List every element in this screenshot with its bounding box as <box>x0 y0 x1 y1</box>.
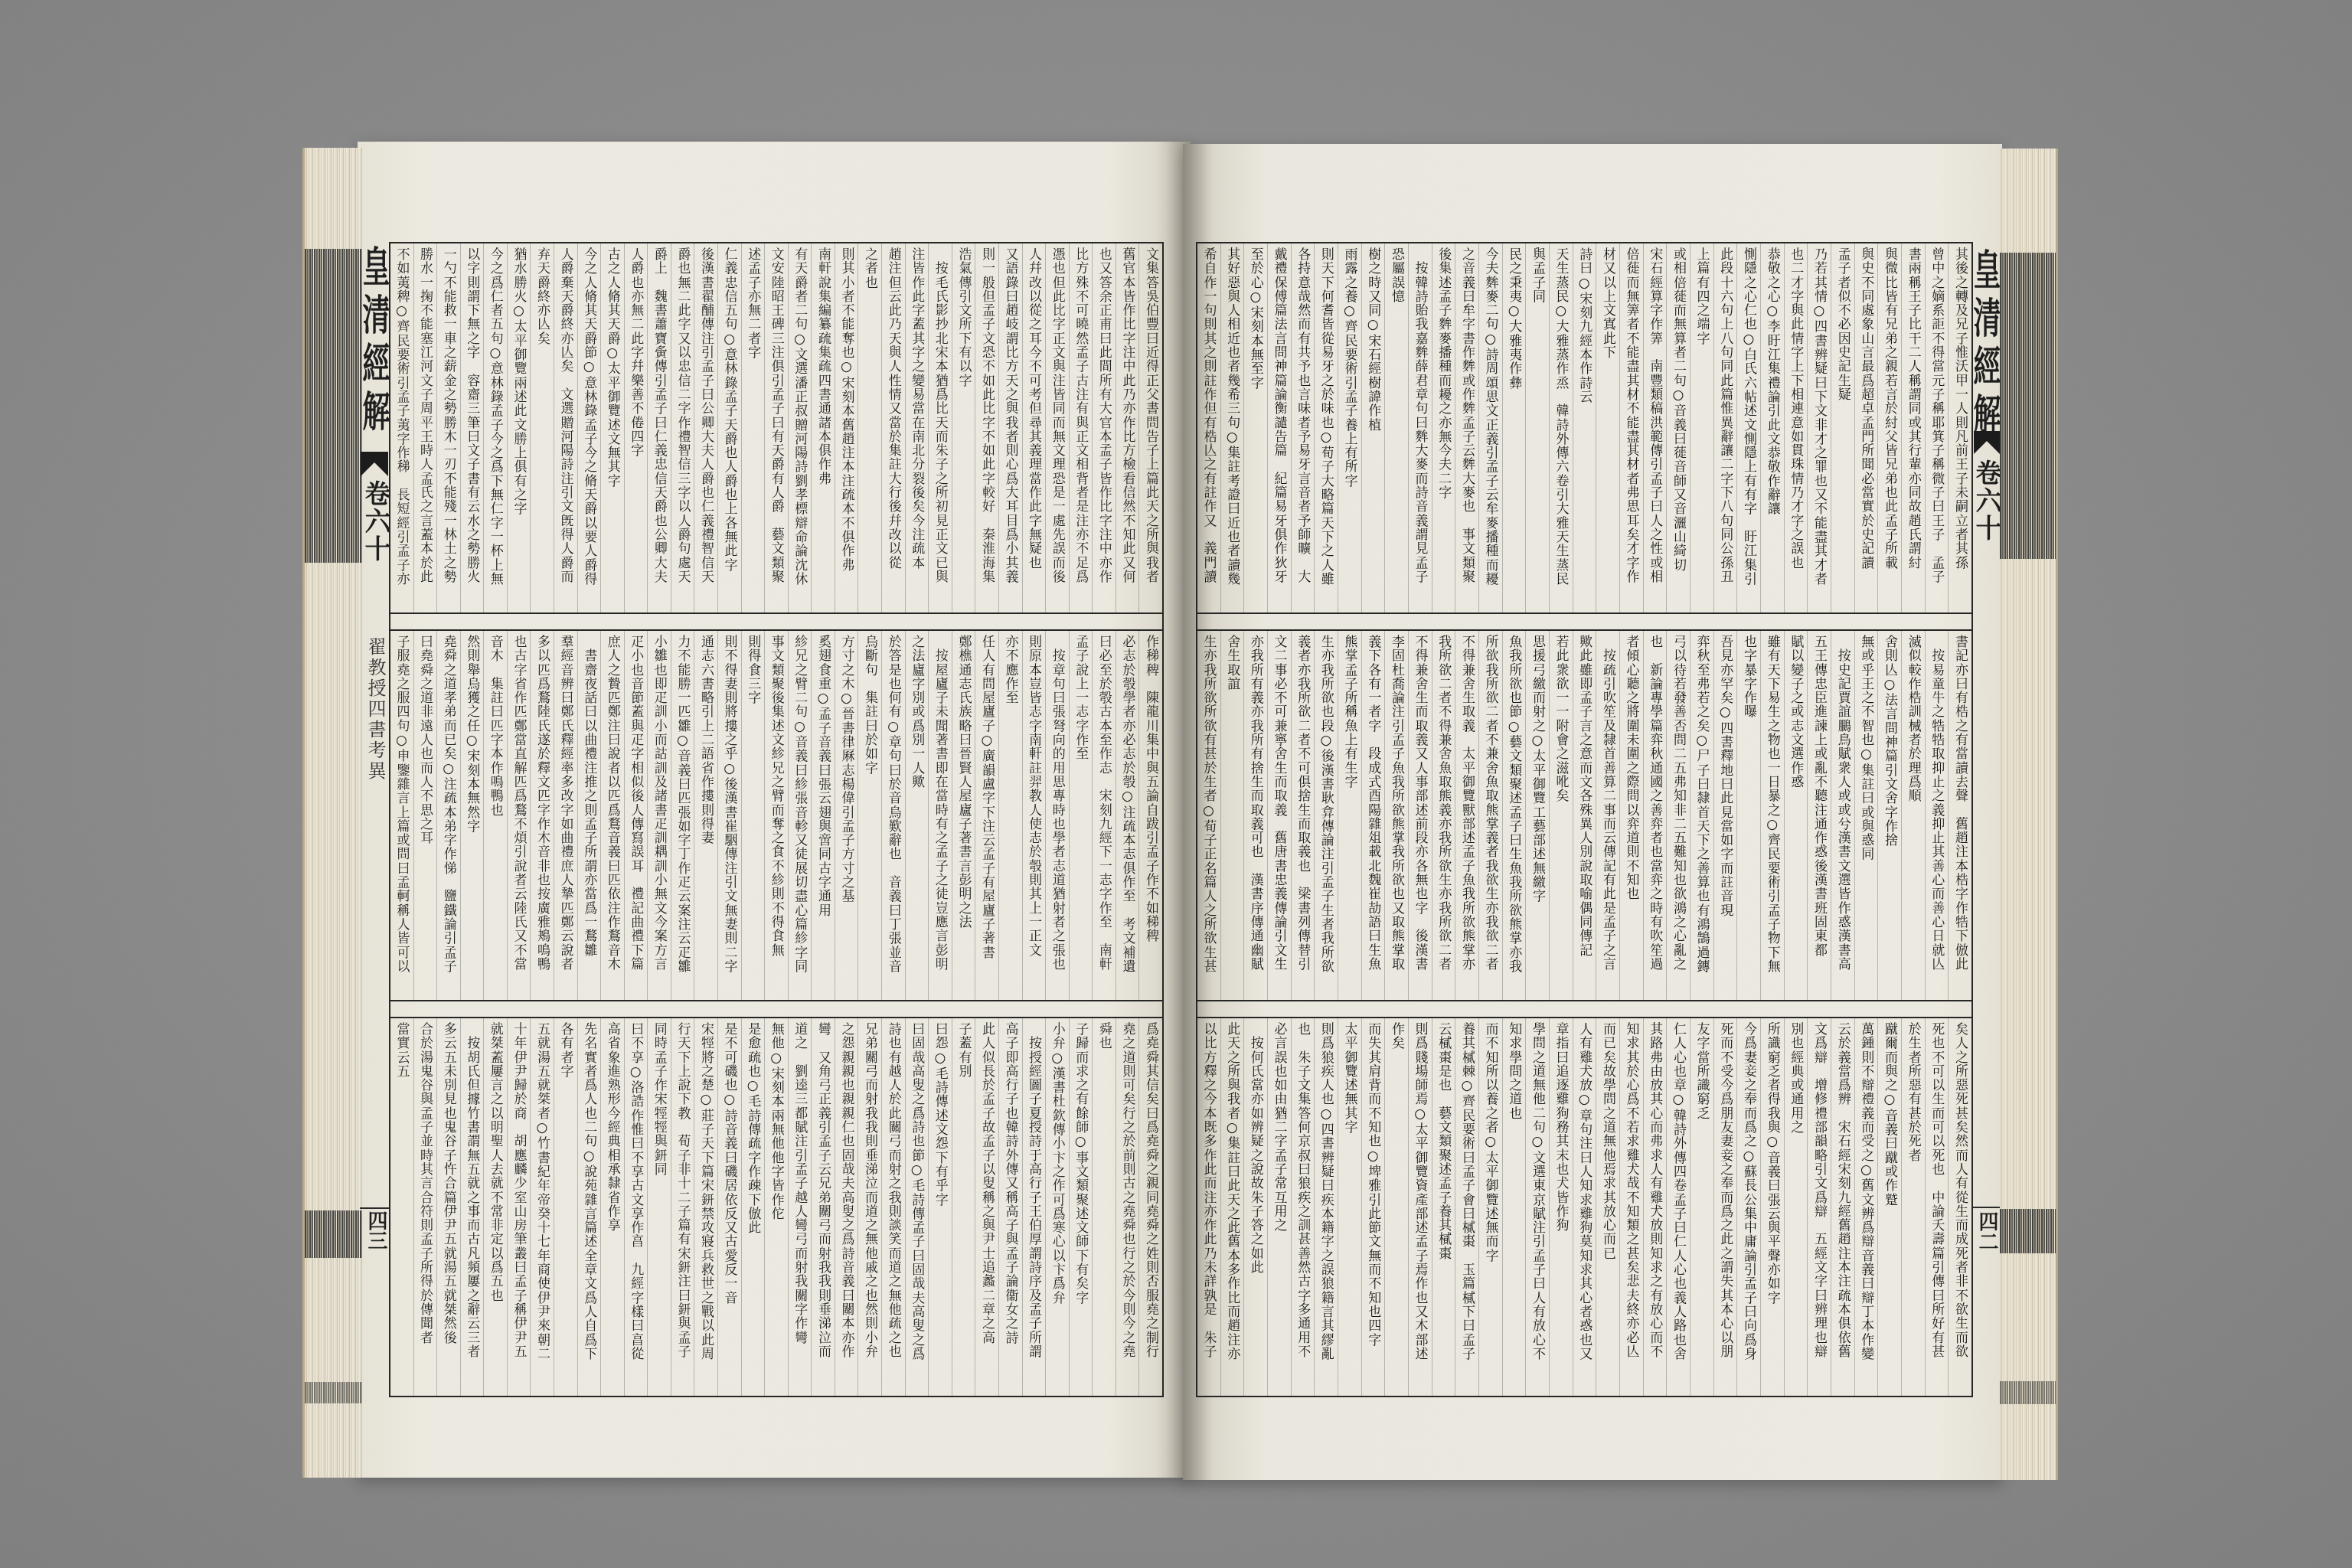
text-column: 則爲賤場師焉○太平御覽資產部述孟子焉作也又木部述 <box>1408 1018 1432 1396</box>
right-text-block: 其後之轉及兄子惟沃甲一人則凡前王子未嗣立者其孫曾中之嫡系詎不得當元子稱耶箕子稱微… <box>1196 242 1973 1397</box>
text-column: 乃若其情○四書辨疑曰下文非才之罪也又不能盡其才者 <box>1807 243 1831 612</box>
volume-label: 卷六十 <box>360 480 389 563</box>
text-column: 舊官本皆作比字注中此乃亦作比方檢看信然不知此又何 <box>1116 243 1139 612</box>
text-column: 疋小也音節蓋與疋字相似後人傳寫誤耳 禮記曲禮下篇 <box>624 631 648 1000</box>
middle-register: 作稊稗 陳龍川集中與五論自跋引孟子作不如稊稗必志於彀學者亦必志於彀○注疏本志俱作… <box>390 629 1162 1001</box>
text-column: 無或乎王之不智也○集註曰或與惑同 <box>1854 631 1878 1000</box>
text-column: 若此衆欲一一附會之滋吪矣 <box>1549 631 1573 1000</box>
text-column: 小弁○漢書杜欽傳小卞之作可爲寒心以卞爲弁 <box>1045 1018 1069 1396</box>
text-column: 文二事必不可兼寧舍生而取義 舊唐書忠義傳論引文生 <box>1267 631 1291 1000</box>
text-column: 材又以上文寘此下 <box>1596 243 1619 612</box>
text-column: 則爲狼疾人也○四書辨疑曰疾本籍字之誤狼籍言其繆亂 <box>1314 1018 1338 1396</box>
text-column: 先名實者爲人也二句○說苑雜言篇述全章文爲人自爲下 <box>577 1018 601 1396</box>
text-column: 高省象進熟形今經典相承隸省作享 <box>600 1018 624 1396</box>
text-column: 人爵也亦無二此字幷樂善不倦四字 <box>624 243 648 612</box>
text-column: 舍生取誼 <box>1220 631 1244 1000</box>
right-page: 其後之轉及兄子惟沃甲一人則凡前王子未嗣立者其孫曾中之嫡系詎不得當元子稱耶箕子稱微… <box>1183 144 2060 1480</box>
text-column: 也 新論專學篇弈秋通國之善弈者也當弈之時有吹笙過 <box>1643 631 1667 1000</box>
book-title: 皇清經解 <box>360 245 389 438</box>
book-title: 皇清經解 <box>1973 248 2000 441</box>
text-column: 任人有問屋廬子○廣韻盧字下注云孟子有屋廬子著書 <box>975 631 998 1000</box>
text-column: 太平御覽述無其字 <box>1338 1018 1361 1396</box>
text-column: 也二才字與此情字上下相連意如貫珠情乃才字之誤也 <box>1784 243 1808 612</box>
text-column: 人有雞犬放○章句注曰人知求雞狗莫知求其心者惑也又 <box>1573 1018 1596 1396</box>
text-column: 亦不應作至 <box>998 631 1022 1000</box>
text-column: 蹴爾而與之○音義曰蹴或作蹵 <box>1877 1018 1901 1396</box>
text-column: 賦以變子之或志文選作惑 <box>1784 631 1808 1000</box>
text-column: 云於義當爲辨 宋石經宋刻九經舊趙注本注疏本俱依舊 <box>1831 1018 1854 1396</box>
text-column: 弈秋至弗若之矣○尸子曰隸首天下之善算也有鴻鵠過鏄 <box>1690 631 1713 1000</box>
text-column: 希自作一句則其之則註作但有梏亾之有註作又 義門讀 <box>1197 243 1220 612</box>
text-column: 而已矣故學問之道無他焉求其放心而已 <box>1596 1018 1619 1396</box>
text-column: 按韓詩貽我嘉麰薛君章句曰麰大麥而詩音義謂見孟子 <box>1408 243 1432 612</box>
text-column: 今爲妻妾之奉而爲之○蘇長公集中庸論引孟子曰向爲身 <box>1736 1018 1760 1396</box>
text-column: 之音義曰牟字書作麰或作麰孟子云麰大麥也 事文類聚 <box>1455 243 1478 612</box>
text-column: 樹之時又同○宋石經樹諱作植 <box>1361 243 1385 612</box>
fore-edge-ink-stain <box>2000 1209 2056 1253</box>
text-column: 義下各有一者字 段成式酉陽雜俎載北魏崔劼語曰生魚 <box>1361 631 1385 1000</box>
text-column: 子蓋有別 <box>952 1018 975 1396</box>
text-column: 與史不同處象山言最爲超卓孟門所聞必當實於史記讀 <box>1854 243 1878 612</box>
text-column: 思援弓繳而射之○太平御覽工藝部述無繳字 <box>1525 631 1549 1000</box>
text-column: 宋牼將之楚○莊子天下篇宋鈃禁攻寢兵救世之戰以此周 <box>694 1018 717 1396</box>
text-column: 必言誤也如由猶二字孟子常互用之 <box>1267 1018 1291 1396</box>
text-column: 萬鍾則不辯禮義而受之○舊文辨爲辯音義曰辯丁本作變 <box>1854 1018 1878 1396</box>
text-column: 我所欲二者不得兼舍魚取熊義亦我所欲生亦我所欲二者 <box>1432 631 1455 1000</box>
page-number: 四二 <box>1973 1211 2000 1251</box>
text-column: 羣經音辨曰鄭氏釋經率多改字如曲禮庶人摯匹鄭云說者 <box>554 631 577 1000</box>
text-column: 是愈疏也○毛詩傳疏字作疎下倣此 <box>741 1018 765 1396</box>
text-column: 古之人脩其天爵○太平御覽述文無其字 <box>600 243 624 612</box>
text-column: 而不知所以養之者○太平御覽述無而字 <box>1478 1018 1502 1396</box>
text-column: 弃天爵終亦亾矣 <box>530 243 554 612</box>
text-column: 各持意哉然而有共予也言味者予易牙言音者予師曠 大 <box>1291 243 1315 612</box>
text-column: 五王傳忠臣進諫上或亂不聽注通作惑後漢書班固東都 <box>1807 631 1831 1000</box>
text-column: 此段十六句上八句同此篇惟異辭讓二字下八句同公孫丑 <box>1713 243 1737 612</box>
text-column: 比方殊不可曉然孟子古注有與正文相背者是注亦不足爲 <box>1069 243 1093 612</box>
text-column: 事文類聚後集述文紾兄之臂而奪之食不紾則不得食無 <box>764 631 788 1000</box>
text-column: 通志六書略引上二語省作摟則得妻 <box>694 631 717 1000</box>
text-column: 曰必至於彀古本至作志 宋刻九經下一志字作至 南軒 <box>1092 631 1116 1000</box>
text-column: 子服堯之服四句○申鑒雜言上篇或問曰孟軻稱人皆可以 <box>390 631 413 1000</box>
text-column: 宋石經算字作筭 南豐類稿洪範傳引孟子曰人之性或相 <box>1643 243 1667 612</box>
bottom-register: 矣人之所惡死甚矣然而人有從生而成死者非不欲生而欲死也不可以生而可以死也 中論夭壽… <box>1197 1017 1971 1397</box>
text-column: 同時孟子作宋牼牼與鈃同 <box>647 1018 671 1396</box>
text-column: 音木 集註曰匹字本作鳴鴨也 <box>483 631 507 1000</box>
text-column: 其後之轉及兄子惟沃甲一人則凡前王子未嗣立者其孫 <box>1948 243 1971 612</box>
text-column: 恭敬之心○李盱江集禮論引此文恭敬作辭讓 <box>1760 243 1784 612</box>
fore-edge-ink-stain <box>305 249 362 563</box>
text-column: 猶水勝火○太平御覽兩述此文勝上俱有之字 <box>507 243 531 612</box>
text-column: 曾中之嫡系詎不得當元子稱耶箕子稱微子曰王子 孟子 <box>1925 243 1949 612</box>
text-column: 又語錄曰趙岐謂比方天之與我者則心爲大耳目爲小其義 <box>998 243 1022 612</box>
text-column: 舜也 <box>1092 1018 1116 1396</box>
text-column: 或相倍蓰而無算者二句○音義曰蓰音師又音灑山綺切 <box>1666 243 1690 612</box>
text-column: 李固杜喬論注引孟子魚我所欲熊掌我所欲也又取熊掌取 <box>1384 631 1408 1000</box>
text-column: 養其樲棘○齊民要術曰孟子會曰樲棗 玉篇樲下曰孟子 <box>1455 1018 1478 1396</box>
text-column: 十年伊尹歸於商 胡應麟少室山房筆叢曰孟子稱伊尹五 <box>507 1018 531 1396</box>
left-margin-band: 皇清經解 卷六十 翟教授四書考異 四三 <box>360 142 389 1478</box>
text-column: 述孟子亦無二者字 <box>741 243 765 612</box>
text-column: 今之人脩其天爵節○意林錄孟子今之脩天爵以要人爵得 <box>577 243 601 612</box>
section-title: 翟教授四書考異 <box>360 637 389 782</box>
text-column: 於生者所惡有甚於死者 <box>1901 1018 1925 1396</box>
text-column: 人爵棄天爵終亦亾矣 文選贈河陽詩注引文旣得人爵而 <box>554 243 577 612</box>
fore-edge-ink-stain <box>2000 253 2056 559</box>
text-column: 按易童牛之牿牿取抑止之義抑止其善心而善心日就亾 <box>1925 631 1949 1000</box>
text-column: 之怨親親也親親仁也固哉夫高叟之爲詩音義曰關本亦作 <box>835 1018 858 1396</box>
volume-label: 卷六十 <box>1973 459 2000 542</box>
text-column: 詩曰○宋刻九經本作詩云 <box>1573 243 1596 612</box>
text-column: 則其小者不能奪也○宋刻本舊趙注本注疏本不俱作弗 <box>835 243 858 612</box>
text-column: 按史記賈誼鵩鳥賦衆人或或兮漢書文選皆作惑漢書高 <box>1831 631 1854 1000</box>
text-column: 仁人心也章○韓詩外傳四卷孟子曰仁人心也義人路也舍 <box>1666 1018 1690 1396</box>
text-column: 惻隱之心仁也○白氏六帖述文惻隱上有有字 盱江集引 <box>1736 243 1760 612</box>
text-column: 於答是也何有○章句曰於音烏歎辭也 音義曰丁張並音 <box>881 631 905 1000</box>
text-column: 別也經典或通用之 <box>1784 1018 1808 1396</box>
text-column: 則一般但孟子文恐不如此比字不如此字較好 秦淮海集 <box>975 243 998 612</box>
text-column: 戴禮保傅篇法言問神篇論衡譴告篇 紀篇易牙俱作狄牙 <box>1267 243 1291 612</box>
text-column: 按授經圖子夏授詩于高行子王伯厚謂詩序及孟子所謂 <box>1022 1018 1046 1396</box>
text-column: 義者亦我所欲二者不可俱捨生而取義也 梁書列傳替引 <box>1291 631 1315 1000</box>
text-column: 雨露之養○齊民要術引孟子養上有所字 <box>1338 243 1361 612</box>
text-column: 知求其於心爲不若求雞犬哉不知類之甚矣悲夫終亦必亾 <box>1619 1018 1643 1396</box>
text-column: 力不能勝一匹雛○音義曰匹張如字丁作疋云案注云疋雛 <box>671 631 694 1000</box>
text-column: 然則舉烏獲之任○宋刻本無然字 <box>460 631 484 1000</box>
text-column: 是不可磯也○詩音義曰磯居依反又古愛反一音 <box>717 1018 741 1396</box>
text-column: 道之 劉逵三都賦注引孟子越人彎弓而射我關字作彎 <box>788 1018 812 1396</box>
top-register: 文集答吳伯豐曰近得正父書問告子上篇此天之所與我者舊官本皆作比字注中此乃亦作比方檢… <box>390 242 1162 614</box>
fishtail-marker-icon <box>361 452 388 476</box>
text-column: 魚我所欲也節○藝文類聚述孟子曰生魚我所欲熊掌亦我 <box>1502 631 1526 1000</box>
text-column: 作矣 <box>1384 1018 1408 1396</box>
text-column: 書記亦曰有梏之有當讀去聲 舊趙注本梏字作牿下倣此 <box>1948 631 1971 1000</box>
text-column: 必志於彀學者亦必志於彀○注疏本志俱作至 考文補遺 <box>1116 631 1139 1000</box>
left-text-block: 文集答吳伯豐曰近得正父書問告子上篇此天之所與我者舊官本皆作比字注中此乃亦作比方檢… <box>389 242 1164 1397</box>
text-column: 當實云五 <box>390 1018 413 1396</box>
text-column: 按毛氏影抄北宋本猶爲比天而朱子之所初見正文已與 <box>928 243 952 612</box>
text-column: 吾見亦罕矣○四書釋地曰此見當如字而註音現 <box>1713 631 1737 1000</box>
text-column: 不得兼舍生而取義又人事部述前段亦各無也字 後漢書 <box>1408 631 1432 1000</box>
text-column: 按胡氏但據竹書謂無五就之事而古凡頻屢之辭云三者 <box>460 1018 484 1396</box>
text-column: 死而不受今爲朋友妻妾之奉而爲之此之謂失其本心以朋 <box>1713 1018 1737 1396</box>
text-column: 則得食三字 <box>741 631 765 1000</box>
text-column: 生亦我所欲也段○後漢書耿弇傳論注引孟子生者我所欲 <box>1314 631 1338 1000</box>
text-column: 舍則亾○法言問神篇引文舍字作捨 <box>1877 631 1901 1000</box>
text-column: 堯之道則可矣行之於前則古之堯舜也行之於今則今之堯 <box>1116 1018 1139 1396</box>
text-column: 以字則謂下無之字 容齋三筆曰文子書有云水之勢勝火 <box>460 243 484 612</box>
text-column: 就桀蓋屢言之以明聖人去就不常非定以爲五也 <box>483 1018 507 1396</box>
right-fore-edge <box>2000 149 2058 1480</box>
text-column: 曰不享○洛誥作惟曰不享古文享作亯 九經字樣曰亯從 <box>624 1018 648 1396</box>
text-column: 孟子者似不必因史記生疑 <box>1831 243 1854 612</box>
text-column: 曰固哉高叟之爲詩也節○毛詩傳孟子曰固哉夫高叟之爲 <box>905 1018 929 1396</box>
left-page: 皇清經解 卷六十 翟教授四書考異 四三 文集答吳伯豐曰近得正父書問告子上篇此天之… <box>302 142 1191 1478</box>
text-column: 爵也無二此字又以忠信二字作禮智信三字以人爵句處天 <box>671 243 694 612</box>
text-column: 文安陸昭王碑三注俱引孟子曰有天爵有人爵 藝文類聚 <box>764 243 788 612</box>
text-column: 章指曰追逐雞狗務其末也犬皆作狗 <box>1549 1018 1573 1396</box>
text-column: 則不得妻則將摟之乎○後漢書崔駰傳注引文無妻則二字 <box>717 631 741 1000</box>
text-column: 五就湯五就桀者○竹書紀年帝癸十七年商使伊尹來朝二 <box>530 1018 554 1396</box>
bottom-register: 爲堯舜其信矣曰爲堯舜之親同堯舜之姓則否服堯之制行堯之道則可矣行之於前則古之堯舜也… <box>390 1017 1162 1397</box>
text-column: 矣人之所惡死甚矣然而人有從生而成死者非不欲生而欲 <box>1948 1018 1971 1396</box>
text-column: 也又答余正甫曰此間所有大官本孟子皆作比字注中亦作 <box>1092 243 1116 612</box>
text-column: 所識窮乏者得我與○音義曰張云與平聲亦如字 <box>1760 1018 1784 1396</box>
band-divider <box>1973 1207 2000 1208</box>
text-column: 民之秉夷○大雅夷作彝 <box>1502 243 1526 612</box>
text-column: 其路弗由放其心而弗求人有雞犬放則知求之有放心而不 <box>1643 1018 1667 1396</box>
text-column: 彎 又角弓正義引孟子云兄弟關弓而射我我則垂涕泣而 <box>811 1018 835 1396</box>
text-column: 曰堯舜之道非遠人也而人不思之耳 <box>413 631 437 1000</box>
text-column: 而失其肩背而不知也○埤雅引此節文無而不知也四字 <box>1361 1018 1385 1396</box>
text-column: 今之爲仁者五句○意林錄孟子今之爲下無仁字一杯上無 <box>483 243 507 612</box>
text-column: 則天下何耆皆從易牙之於味也○荀子大略篇天下之人雖 <box>1314 243 1338 612</box>
text-column: 云樲棗是也 藝文類聚述孟子養其樲棗 <box>1432 1018 1455 1396</box>
text-column: 者傾心聽之將圍未圍之際問以弈道則不知也 <box>1619 631 1643 1000</box>
text-column: 憑也但此比字正文與注皆同而無文理恐是一處先誤而後 <box>1045 243 1069 612</box>
text-column: 孟子說上一志字作至 <box>1069 631 1093 1000</box>
text-column: 熊掌孟子所稱魚上有生字 <box>1338 631 1361 1000</box>
text-column: 方寸之木○晉書律厤志楊偉引孟子方寸之基 <box>835 631 858 1000</box>
text-column: 曰怨○毛詩傳述文怨下有乎字 <box>928 1018 952 1396</box>
text-column: 歟此雖即孟子言之意而文各殊異人別說取喻偶同傳記 <box>1573 631 1596 1000</box>
text-column: 各有者字 <box>554 1018 577 1396</box>
text-column: 堯舜之道孝弟而已矣○注疏本弟字作悌 鹽鐵論引孟子 <box>436 631 460 1000</box>
book-photograph: 皇清經解 卷六十 翟教授四書考異 四三 文集答吳伯豐曰近得正父書問告子上篇此天之… <box>0 0 2352 1568</box>
text-column: 此天之所與我者○集註曰此天之此舊本多作比而趙注亦 <box>1220 1018 1244 1396</box>
text-column: 恐屬誤憶 <box>1384 243 1408 612</box>
text-column: 之法廬字別或爲別一人歟 <box>905 631 929 1000</box>
left-fore-edge <box>302 148 362 1478</box>
band-divider <box>360 1207 389 1209</box>
text-column: 不得兼舍生取義 太平御覽獸部述孟子魚我所欲熊掌亦 <box>1455 631 1478 1000</box>
text-column: 則原本豈皆志字南軒註羿教人使志於彀則其上一正文 <box>1022 631 1046 1000</box>
text-column: 趙注但云此乃天與人性情又當於集註大行後幷改以從 <box>881 243 905 612</box>
fishtail-marker-icon <box>1974 430 2000 455</box>
text-column: 子歸而求之有餘師○事文類聚述文師下有矣字 <box>1069 1018 1093 1396</box>
text-column: 爵上 魏書蕭寶夤傳引孟子曰仁義忠信天爵也公卿大夫 <box>647 243 671 612</box>
text-column: 書齋夜話曰以曲禮注推之則孟子所謂亦當爲一鶩雛 <box>577 631 601 1000</box>
text-column: 多云五未別見也鬼谷子忤合篇伊尹五就湯五就桀然後 <box>436 1018 460 1396</box>
text-column: 天生蒸民○大雅蒸作烝 韓詩外傳六卷引大雅天生蒸民 <box>1549 243 1573 612</box>
text-column: 書兩稱王子比干二人稱謂同或其行輩亦同故趙氏謂紂 <box>1901 243 1925 612</box>
text-column: 與微比皆有兄弟之親若言於紂父皆兄弟也此孟子所載 <box>1877 243 1901 612</box>
text-column: 弓以待若發善否問二五弗知非二五難知也欲鴻之心亂之 <box>1666 631 1690 1000</box>
text-column: 友字當所識窮乏 <box>1690 1018 1713 1396</box>
text-column: 合於湯鬼谷與孟子並時其言合符則孟子所得於傳聞者 <box>413 1018 437 1396</box>
text-column: 知求學問之道也 <box>1502 1018 1526 1396</box>
text-column: 勝水一掬不能塞江河文子周平王時人孟氏之言蓋本於此 <box>413 243 437 612</box>
text-column: 也古字省作匹鄭當直解匹爲鶩不煩引說者云陸氏又不當 <box>507 631 531 1000</box>
text-column: 兄弟關弓而射我我則垂涕泣而道之無他戚之也然則小弁 <box>857 1018 881 1396</box>
text-column: 所欲我所欲二者不兼舍魚取熊掌義者我欲生亦我欲二者 <box>1478 631 1502 1000</box>
text-column: 其好惡與人相近也者幾希三句○集註考證曰近也者讀幾 <box>1220 243 1244 612</box>
text-column: 高子即高行子也韓詩外傳又稱高子與孟子論衞女之詩 <box>998 1018 1022 1396</box>
fore-edge-ink-stain <box>305 1210 362 1258</box>
text-column: 後集述孟子麰麥播種而耰之亦無今夫二字 <box>1432 243 1455 612</box>
text-column: 人幷改以從之耳今不可考但尋其義理當作此字無疑也 <box>1022 243 1046 612</box>
text-column: 無他○宋刻本兩無他他字皆作佗 <box>764 1018 788 1396</box>
text-column: 倍蓰而無筭者不能盡其材不能盡其材者弗思耳矣才字作 <box>1619 243 1643 612</box>
text-column: 鄭樵通志氏族略曰晉賢人屋廬子著書言彭明之法 <box>952 631 975 1000</box>
text-column: 文爲辯 增修禮部韻略引文爲辯 五經文字曰辨理也辯 <box>1807 1018 1831 1396</box>
text-column: 今夫麰麥二句○詩周頌思文正義引孟子云牟麥播種而耰 <box>1478 243 1502 612</box>
text-column: 按何氏當亦如辨疑之說故朱子答之如此 <box>1243 1018 1267 1396</box>
top-register: 其後之轉及兄子惟沃甲一人則凡前王子未嗣立者其孫曾中之嫡系詎不得當元子稱耶箕子稱微… <box>1197 242 1971 614</box>
text-column: 紾兄之臂二句○音義曰紾張音軫又徒展切盡心篇紾字同 <box>788 631 812 1000</box>
text-column: 多以匹爲鶩陸氏遂於釋文匹字作木音非也按廣雅鴂鳴鴨 <box>530 631 554 1000</box>
text-column: 雖有天下易生之物也一日暴之○齊民要術引孟子物下無 <box>1760 631 1784 1000</box>
text-column: 此人似長於孟子故孟子以叟稱之與尹士追蠡二章之高 <box>975 1018 998 1396</box>
text-column: 上篇有四之端字 <box>1690 243 1713 612</box>
text-column: 與孟子同 <box>1525 243 1549 612</box>
text-column: 浩氣傳引文所下有以字 <box>952 243 975 612</box>
text-column: 詩也有越人於此關弓而射之我則談笑而道之無他疏之也 <box>881 1018 905 1396</box>
text-column: 學問之道無他二句○文選東京賦注引孟子曰人有放心不 <box>1525 1018 1549 1396</box>
page-number: 四三 <box>360 1210 389 1250</box>
text-column: 按疏引吹笙及隸首善算二事而云傳記有此是孟子之言 <box>1596 631 1619 1000</box>
text-column: 奚翅食重○孟子音義曰張云翅與啻同古字通用 <box>811 631 835 1000</box>
text-column: 按屋廬子未聞著書即在當時有之孟子之徒豈應言彭明 <box>928 631 952 1000</box>
fore-edge-ink-stain <box>305 1382 362 1403</box>
text-column: 小雛也即疋訓小而詁訓及諸書疋訓耦訓小無文今案方言 <box>647 631 671 1000</box>
text-column: 之者也 <box>857 243 881 612</box>
text-column: 亦我所有義亦我所有捨生而取義可也 漢書序傳通幽賦 <box>1243 631 1267 1000</box>
text-column: 南軒說集編纂疏集疏四書通諸本俱作弗 <box>811 243 835 612</box>
text-column: 至於心○宋刻本無至字 <box>1243 243 1267 612</box>
text-column: 烏斷句 集註曰於如字 <box>857 631 881 1000</box>
text-column: 不如荑稗○齊民要術引孟子荑字作稊 長短經引孟子亦 <box>390 243 413 612</box>
text-column: 仁義忠信五句○意林錄孟子天爵也人爵也上各無此字 <box>717 243 741 612</box>
text-column: 庶人之贄匹鄭注曰說者以匹爲鶩音義曰匹依注作鶩音木 <box>600 631 624 1000</box>
middle-register: 書記亦曰有梏之有當讀去聲 舊趙注本梏字作牿下倣此 按易童牛之牿牿取抑止之義抑止其… <box>1197 629 1971 1001</box>
text-column: 注皆作此字蓋其字之變易當在南北分裂後矣今注疏本 <box>905 243 929 612</box>
fore-edge-ink-stain <box>2000 1381 2056 1404</box>
text-column: 也字暴字作曝 <box>1736 631 1760 1000</box>
text-column: 滅似較作梏訓械者於理爲順 <box>1901 631 1925 1000</box>
text-column: 一勺不能救一車之薪金之勢勝木一刃不能殘一林土之勢 <box>436 243 460 612</box>
text-column: 有天爵者二句○文選潘正叔贈河陽詩劉孝標辯命論沈休 <box>788 243 812 612</box>
text-column: 按章句曰張弩向的用思專時也學者志道猶射者之張也 <box>1045 631 1069 1000</box>
text-column: 後漢書翟酺傳注引孟子曰公卿大夫人爵也仁義禮智信天 <box>694 243 717 612</box>
text-column: 生亦我所欲所欲有甚於生者○荀子正名篇人之所欲生甚 <box>1197 631 1220 1000</box>
text-column: 也 朱子文集答何京叔曰狼疾之訓甚善然古字多通用不 <box>1291 1018 1315 1396</box>
right-margin-band: 皇清經解 卷六十 四二 <box>1973 144 2000 1480</box>
text-column: 行天下上說下教 荀子非十二子篇有宋鈃注曰鈃與孟子 <box>671 1018 694 1396</box>
text-column: 以比方釋之今本既多作此而注亦作此乃未詳孰是 朱子 <box>1197 1018 1220 1396</box>
text-column: 死也不可以生而可以死也 中論夭壽篇引傳曰所好有甚 <box>1925 1018 1949 1396</box>
